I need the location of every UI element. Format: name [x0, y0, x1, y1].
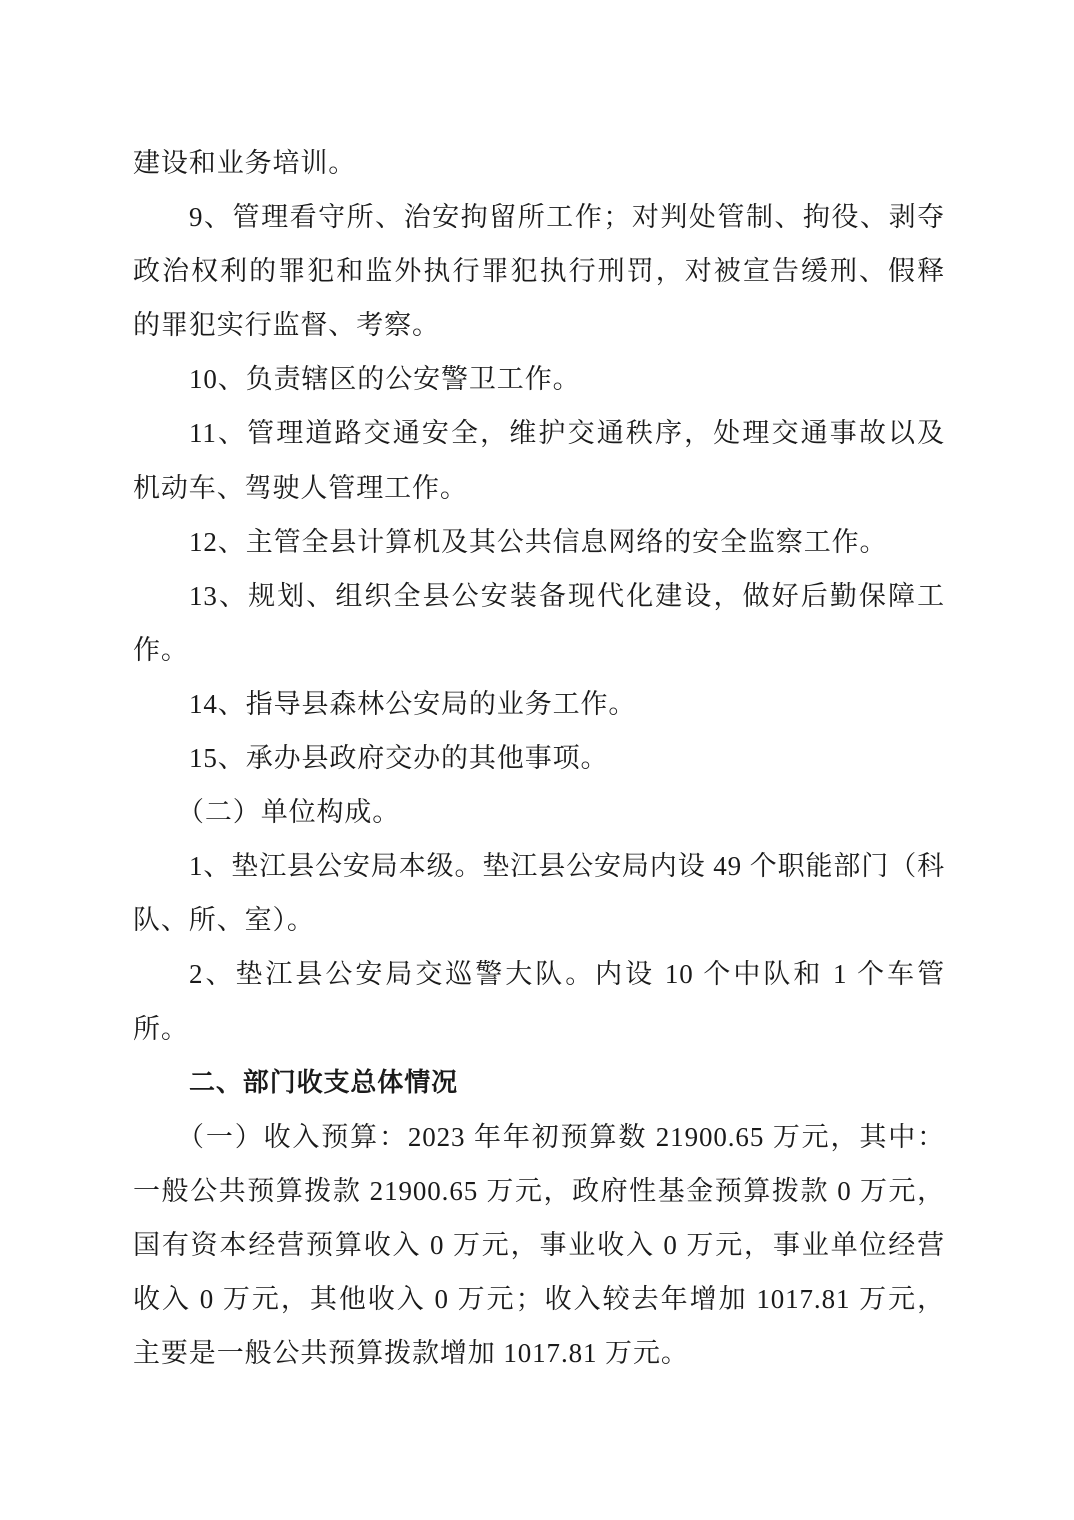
- text-line: 机动车、驾驶人管理工作。: [133, 461, 945, 515]
- paragraph-item-15: 15、承办县政府交办的其他事项。: [133, 731, 945, 785]
- paragraph-item-11: 11、管理道路交通安全，维护交通秩序，处理交通事故以及 机动车、驾驶人管理工作。: [133, 406, 945, 514]
- document-page: 建设和业务培训。 9、管理看守所、治安拘留所工作；对判处管制、拘役、剥夺 政治权…: [133, 136, 945, 1380]
- paragraph-unit-1: 1、垫江县公安局本级。垫江县公安局内设 49 个职能部门（科 队、所、室）。: [133, 839, 945, 947]
- text-line: 建设和业务培训。: [133, 136, 945, 190]
- subheading-unit-composition: （二）单位构成。: [133, 785, 945, 839]
- text-line: 队、所、室）。: [133, 893, 945, 947]
- text-line: 二、部门收支总体情况: [133, 1056, 945, 1110]
- text-line: 12、主管全县计算机及其公共信息网络的安全监察工作。: [133, 515, 945, 569]
- text-line: 14、指导县森林公安局的业务工作。: [133, 677, 945, 731]
- paragraph-item-13: 13、规划、组织全县公安装备现代化建设，做好后勤保障工 作。: [133, 569, 945, 677]
- paragraph-unit-2: 2、垫江县公安局交巡警大队。内设 10 个中队和 1 个车管 所。: [133, 947, 945, 1055]
- text-line: 15、承办县政府交办的其他事项。: [133, 731, 945, 785]
- text-line: 9、管理看守所、治安拘留所工作；对判处管制、拘役、剥夺: [133, 190, 945, 244]
- paragraph-training-continuation: 建设和业务培训。: [133, 136, 945, 190]
- text-line: 政治权利的罪犯和监外执行罪犯执行刑罚，对被宣告缓刑、假释: [133, 244, 945, 298]
- text-line: 一般公共预算拨款 21900.65 万元，政府性基金预算拨款 0 万元，: [133, 1164, 945, 1218]
- text-line: 收入 0 万元，其他收入 0 万元；收入较去年增加 1017.81 万元，: [133, 1272, 945, 1326]
- section-heading-income-expenditure: 二、部门收支总体情况: [133, 1056, 945, 1110]
- text-line: 2、垫江县公安局交巡警大队。内设 10 个中队和 1 个车管: [133, 947, 945, 1001]
- text-line: 11、管理道路交通安全，维护交通秩序，处理交通事故以及: [133, 406, 945, 460]
- paragraph-item-12: 12、主管全县计算机及其公共信息网络的安全监察工作。: [133, 515, 945, 569]
- paragraph-item-10: 10、负责辖区的公安警卫工作。: [133, 352, 945, 406]
- text-line: 1、垫江县公安局本级。垫江县公安局内设 49 个职能部门（科: [133, 839, 945, 893]
- paragraph-income-budget: （一）收入预算：2023 年年初预算数 21900.65 万元，其中： 一般公共…: [133, 1110, 945, 1380]
- text-line: （一）收入预算：2023 年年初预算数 21900.65 万元，其中：: [133, 1110, 945, 1164]
- paragraph-item-9: 9、管理看守所、治安拘留所工作；对判处管制、拘役、剥夺 政治权利的罪犯和监外执行…: [133, 190, 945, 352]
- text-line: 国有资本经营预算收入 0 万元，事业收入 0 万元，事业单位经营: [133, 1218, 945, 1272]
- paragraph-item-14: 14、指导县森林公安局的业务工作。: [133, 677, 945, 731]
- text-line: 所。: [133, 1002, 945, 1056]
- text-line: 主要是一般公共预算拨款增加 1017.81 万元。: [133, 1326, 945, 1380]
- text-line: 的罪犯实行监督、考察。: [133, 298, 945, 352]
- text-line: 13、规划、组织全县公安装备现代化建设，做好后勤保障工: [133, 569, 945, 623]
- text-line: （二）单位构成。: [133, 785, 945, 839]
- text-line: 10、负责辖区的公安警卫工作。: [133, 352, 945, 406]
- text-line: 作。: [133, 623, 945, 677]
